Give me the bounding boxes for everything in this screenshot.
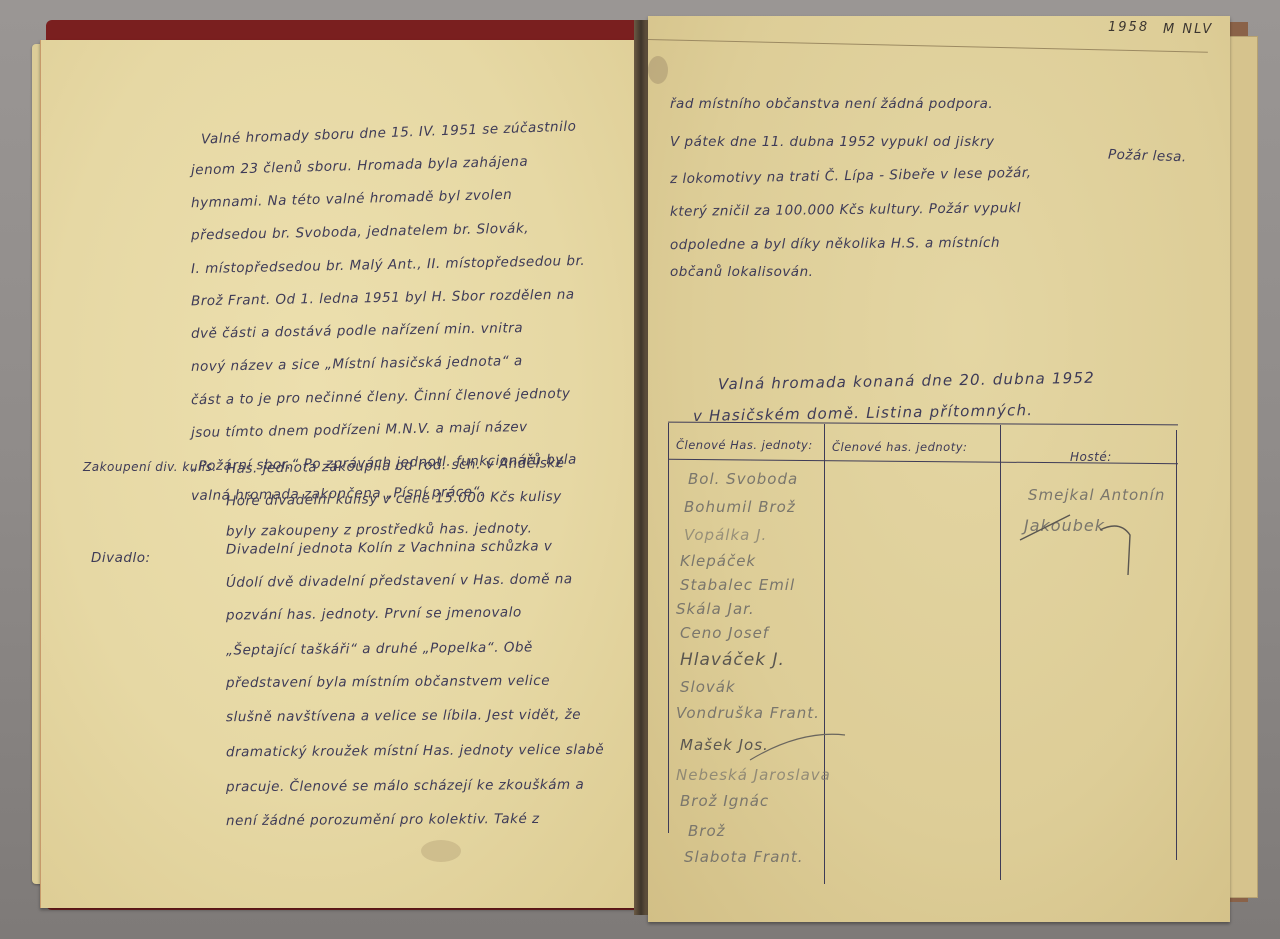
text-line: dramatický kroužek místní Has. jednoty v… [226,742,604,761]
text-line: jsou tímto dnem podřízeni M.N.V. a mají … [191,419,528,441]
header-code: M NLV [1163,22,1213,37]
stain [648,56,668,84]
column-header: Hosté: [1070,450,1112,464]
text-line: občanů lokalisován. [670,264,813,280]
text-line: jenom 23 členů sboru. Hromada byla zaháj… [191,154,528,179]
stain [421,840,461,862]
text-line: z lokomotivy na trati Č. Lípa - Sibeře v… [670,165,1032,187]
text-line: nový název a sice „Místní hasičská jedno… [191,353,523,375]
text-line: není žádné porozumění pro kolektiv. Také… [226,811,540,829]
table-border-left [668,423,669,833]
signature: Vopálka J. [684,526,767,544]
table-divider-2 [1000,425,1001,880]
margin-note: Požár lesa. [1108,147,1187,166]
text-line: slušně navštívena a velice se líbila. Je… [226,707,581,725]
meeting-heading: Valná hromada konaná dne 20. dubna 1952 [718,369,1095,394]
signature-flourish [1000,500,1160,590]
text-line: I. místopředsedou br. Malý Ant., II. mís… [191,253,585,277]
left-page: Valné hromady sboru dne 15. IV. 1951 se … [40,40,644,908]
text-line: část a to je pro nečinné členy. Činní čl… [191,386,571,409]
text-line: Divadelní jednota Kolín z Vachnina schůz… [226,538,553,557]
signature: Klepáček [680,552,756,570]
signature: Bohumil Brož [684,498,796,516]
signature: Brož Ignác [680,792,769,810]
margin-note: Divadlo: [91,550,151,566]
text-line: Údolí dvě divadelní představení v Has. d… [226,571,573,591]
text-line: hymnami. Na této valné hromadě byl zvole… [191,187,513,211]
text-line: V pátek dne 11. dubna 1952 vypukl od jis… [670,134,995,150]
text-line: Hoře divadelní kulisy v ceně 15.000 Kčs … [226,489,562,510]
signature: Stabalec Emil [680,576,795,594]
margin-note: Zakoupení div. kulis. [83,460,217,474]
column-header: Členové Has. jednoty: [676,438,813,452]
signature: Hlaváček J. [680,650,785,670]
text-line: který zničil za 100.000 Kčs kultury. Pož… [670,200,1021,220]
column-header: Členové has. jednoty: [832,440,967,454]
text-line: odpoledne a byl díky několika H.S. a mís… [670,235,1000,253]
text-line: byly zakoupeny z prostředků has. jednoty… [226,520,533,539]
signature: Slovák [680,678,736,696]
signature: Slabota Frant. [684,848,804,866]
table-divider-1 [824,424,825,884]
table-border-right [1176,430,1177,860]
text-line: předsedou br. Svoboda, jednatelem br. Sl… [191,220,529,243]
signature: Bol. Svoboda [688,470,798,488]
signature: Brož [688,822,726,840]
text-line: představení byla místním občanstvem veli… [226,673,550,691]
signature-flourish [740,690,860,770]
text-line: Brož Frant. Od 1. ledna 1951 byl H. Sbor… [191,287,575,310]
signature: Ceno Josef [680,624,769,642]
page-top-rule [648,39,1208,53]
text-line: pracuje. Členové se málo scházejí ke zko… [226,777,584,796]
text-line: pozvání has. jednoty. První se jmenovalo [226,604,522,623]
signature: Skála Jar. [676,600,755,618]
book-spine [634,20,648,915]
text-line: řad místního občanstva není žádná podpor… [670,96,993,112]
text-line: „Šeptající taškáři“ a druhé „Popelka“. O… [226,639,533,658]
right-page: 1958 M NLV řad místního občanstva není ž… [648,16,1230,922]
header-year: 1958 [1108,20,1149,35]
text-line: dvě části a dostává podle nařízení min. … [191,320,523,342]
text-line: Valné hromady sboru dne 15. IV. 1951 se … [201,118,577,147]
